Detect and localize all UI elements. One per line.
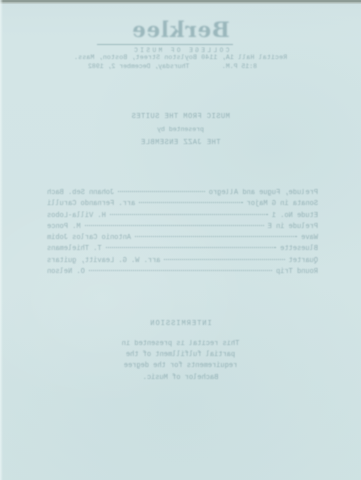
piece-title: Prelude in E	[268, 222, 318, 233]
program-row: Prelude in EM. Ponce	[47, 222, 318, 233]
piece-title: Quartet	[289, 256, 318, 267]
time-text: 8:15 P.M.	[222, 63, 257, 70]
presented-by-line: presented by	[0, 126, 361, 133]
composer-name: arr. Fernando Carulli	[47, 199, 135, 210]
dotted-leader	[106, 247, 277, 248]
date-text: Thursday, December 2, 1982	[88, 63, 189, 70]
recital-note: This recital is presented inpartial fulf…	[0, 339, 361, 384]
program-row: Round TripO. Nelson	[47, 267, 318, 278]
composer-name: Antonio Carlos Jobim	[47, 233, 131, 244]
composer-name: M. Ponce	[47, 222, 81, 233]
dotted-leader	[139, 202, 242, 203]
date-time-line: 8:15 P.M. Thursday, December 2, 1982	[0, 63, 361, 70]
dotted-leader	[135, 236, 297, 237]
composer-name: O. Nelson	[47, 267, 85, 278]
piece-title: Bluesette	[280, 244, 318, 255]
piece-title: Round Trip	[276, 267, 318, 278]
dotted-leader	[89, 270, 272, 271]
address-line: Recital Hall 1A, 1140 Boylston Street, B…	[0, 54, 361, 61]
piece-title: Prelude, Fugue and Allegro	[209, 188, 318, 199]
dotted-leader	[118, 191, 205, 192]
ensemble-name: THE JAZZ ENSEMBLE	[0, 139, 361, 147]
program-list: Prelude, Fugue and AllegroJohann Seb. Ba…	[47, 188, 318, 278]
berklee-logo-ghost: Berklee	[0, 18, 361, 41]
recital-note-line: partial fulfillment of the	[0, 350, 361, 361]
recital-note-line: Bachelor of Music.	[0, 373, 361, 384]
program-row: WaveAntonio Carlos Jobim	[47, 233, 318, 244]
program-row: Sonata in G Majorarr. Fernando Carulli	[47, 199, 318, 210]
logo-underline	[97, 44, 233, 45]
composer-name: H. Villa-Lobos	[47, 211, 106, 222]
recital-note-line: This recital is presented in	[0, 339, 361, 350]
composer-name: Johann Seb. Bach	[47, 188, 114, 199]
composer-name: arr. W. G. Leavitt, guitars	[47, 256, 160, 267]
recital-note-line: requirements for the degree	[0, 361, 361, 372]
program-row: Quartetarr. W. G. Leavitt, guitars	[47, 256, 318, 267]
college-of-music-line: COLLEGE OF MUSIC	[0, 47, 361, 54]
piece-title: Etude No. 1	[272, 211, 318, 222]
intermission-heading: INTERMISSION	[0, 320, 361, 328]
program-row: Prelude, Fugue and AllegroJohann Seb. Ba…	[47, 188, 318, 199]
concert-title: MUSIC FROM THE SUITES	[0, 113, 361, 121]
piece-title: Wave	[301, 233, 318, 244]
program-row: Etude No. 1H. Villa-Lobos	[47, 211, 318, 222]
dotted-leader	[110, 214, 268, 215]
mirrored-showthrough-layer: Berklee COLLEGE OF MUSIC Recital Hall 1A…	[0, 0, 361, 480]
program-row: BluesetteT. Thielemans	[47, 244, 318, 255]
dotted-leader	[164, 259, 284, 260]
dotted-leader	[85, 225, 264, 226]
piece-title: Sonata in G Major	[247, 199, 318, 210]
composer-name: T. Thielemans	[47, 244, 102, 255]
